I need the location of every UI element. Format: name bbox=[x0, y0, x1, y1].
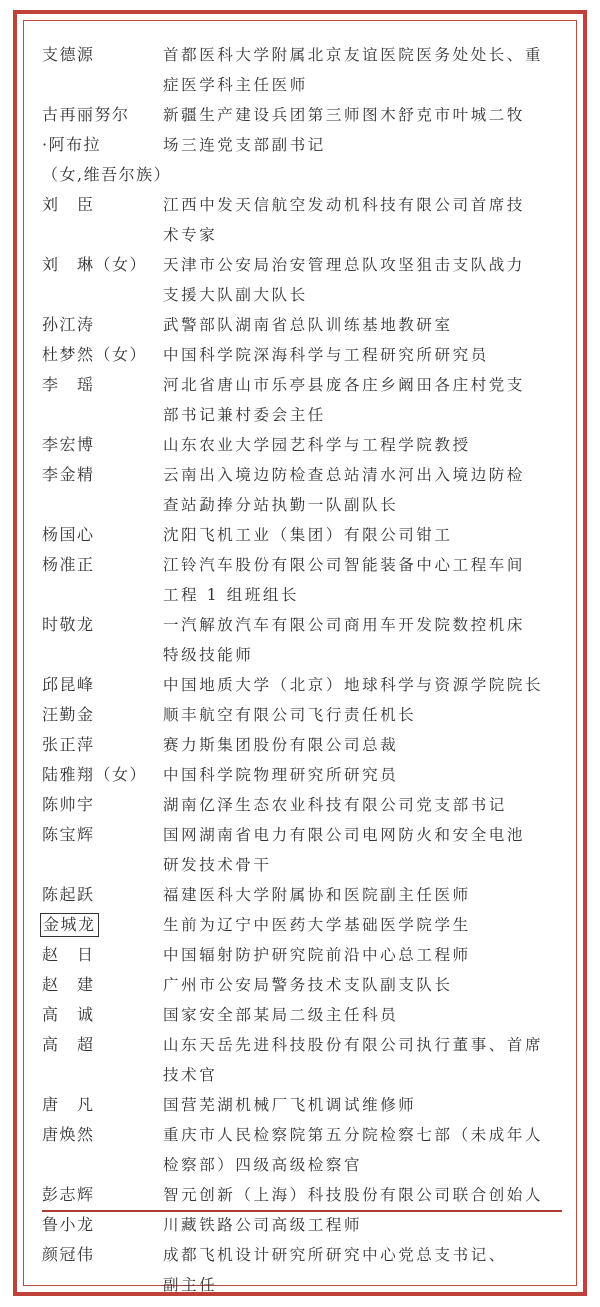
person-name-line: 高 超 bbox=[42, 1030, 163, 1060]
person-name: 刘 琳（女） bbox=[42, 250, 163, 310]
person-name: 鲁小龙 bbox=[42, 1210, 163, 1240]
person-name: 高 诚 bbox=[42, 1000, 163, 1030]
person-title: 生前为辽宁中医药大学基础医学院学生 bbox=[163, 910, 572, 940]
person-title-line: 武警部队湖南省总队训练基地教研室 bbox=[163, 310, 572, 340]
person-title: 广州市公安局警务技术支队副支队长 bbox=[163, 970, 572, 1000]
person-title-line: 山东天岳先进科技股份有限公司执行董事、首席 bbox=[163, 1030, 572, 1060]
person-name-line: 唐 凡 bbox=[42, 1090, 163, 1120]
person-name-line: 张正萍 bbox=[42, 730, 163, 760]
person-title: 中国科学院物理研究所研究员 bbox=[163, 760, 572, 790]
person-name-line: 颜冠伟 bbox=[42, 1240, 163, 1270]
person-name: 唐 凡 bbox=[42, 1090, 163, 1120]
person-title: 重庆市人民检察院第五分院检察七部（未成年人检察部）四级高级检察官 bbox=[163, 1120, 572, 1180]
person-name: 杨国心 bbox=[42, 520, 163, 550]
list-item: 彭志辉智元创新（上海）科技股份有限公司联合创始人 bbox=[42, 1180, 572, 1210]
person-title-line: 重庆市人民检察院第五分院检察七部（未成年人 bbox=[163, 1120, 572, 1150]
person-title: 中国辐射防护研究院前沿中心总工程师 bbox=[163, 940, 572, 970]
person-title-line: 广州市公安局警务技术支队副支队长 bbox=[163, 970, 572, 1000]
person-title-line: 中国科学院物理研究所研究员 bbox=[163, 760, 572, 790]
person-title-line: 河北省唐山市乐亭县庞各庄乡阚田各庄村党支 bbox=[163, 370, 572, 400]
person-name-line: 邱昆峰 bbox=[42, 670, 163, 700]
person-title-line: 国网湖南省电力有限公司电网防火和安全电池 bbox=[163, 820, 572, 850]
person-name-line: 杜梦然（女） bbox=[42, 340, 163, 370]
person-title-line: 技术官 bbox=[163, 1060, 572, 1090]
list-item: 杨准正江铃汽车股份有限公司智能装备中心工程车间工程 1 组班组长 bbox=[42, 550, 572, 610]
person-title: 武警部队湖南省总队训练基地教研室 bbox=[163, 310, 572, 340]
person-title-line: 工程 1 组班组长 bbox=[163, 580, 572, 610]
list-item: 鲁小龙川藏铁路公司高级工程师 bbox=[42, 1210, 572, 1240]
person-name: 邱昆峰 bbox=[42, 670, 163, 700]
person-title: 国营芜湖机械厂飞机调试维修师 bbox=[163, 1090, 572, 1120]
person-name: 刘 臣 bbox=[42, 190, 163, 250]
person-name-line: 唐焕然 bbox=[42, 1120, 163, 1150]
list-item: 支德源首都医科大学附属北京友谊医院医务处处长、重症医学科主任医师 bbox=[42, 40, 572, 100]
person-name: 赵 建 bbox=[42, 970, 163, 1000]
person-title: 川藏铁路公司高级工程师 bbox=[163, 1210, 572, 1240]
person-name: 陈帅宇 bbox=[42, 790, 163, 820]
person-title-line: 症医学科主任医师 bbox=[163, 70, 572, 100]
person-name: 李金精 bbox=[42, 460, 163, 520]
person-name-line: 支德源 bbox=[42, 40, 163, 70]
list-item: 高 超山东天岳先进科技股份有限公司执行董事、首席技术官 bbox=[42, 1030, 572, 1090]
person-title: 智元创新（上海）科技股份有限公司联合创始人 bbox=[163, 1180, 572, 1210]
person-name: 金城龙 bbox=[42, 910, 163, 940]
person-name-line: 孙江涛 bbox=[42, 310, 163, 340]
person-name: 唐焕然 bbox=[42, 1120, 163, 1180]
person-title-line: 查站勐捧分站执勤一队副队长 bbox=[163, 490, 572, 520]
person-name-line: 刘 臣 bbox=[42, 190, 163, 220]
person-title-line: 生前为辽宁中医药大学基础医学院学生 bbox=[163, 910, 572, 940]
person-title: 云南出入境边防检查总站清水河出入境边防检查站勐捧分站执勤一队副队长 bbox=[163, 460, 572, 520]
person-name: 陈起跃 bbox=[42, 880, 163, 910]
person-title-line: 首都医科大学附属北京友谊医院医务处处长、重 bbox=[163, 40, 572, 70]
person-title-line: 国营芜湖机械厂飞机调试维修师 bbox=[163, 1090, 572, 1120]
person-name-line: 李宏博 bbox=[42, 430, 163, 460]
list-item: 李宏博山东农业大学园艺科学与工程学院教授 bbox=[42, 430, 572, 460]
person-title: 湖南亿泽生态农业科技有限公司党支部书记 bbox=[163, 790, 572, 820]
list-item: 刘 臣江西中发天信航空发动机科技有限公司首席技术专家 bbox=[42, 190, 572, 250]
person-title-line: 顺丰航空有限公司飞行责任机长 bbox=[163, 700, 572, 730]
person-title-line: 场三连党支部副书记 bbox=[163, 130, 572, 160]
person-name: 支德源 bbox=[42, 40, 163, 100]
person-name-line: 彭志辉 bbox=[42, 1180, 163, 1210]
boxed-name: 金城龙 bbox=[40, 913, 99, 937]
person-title-line: 术专家 bbox=[163, 220, 572, 250]
person-title-line: 天津市公安局治安管理总队攻坚狙击支队战力 bbox=[163, 250, 572, 280]
list-item: 杨国心沈阳飞机工业（集团）有限公司钳工 bbox=[42, 520, 572, 550]
list-item: 陈宝辉国网湖南省电力有限公司电网防火和安全电池研发技术骨干 bbox=[42, 820, 572, 880]
person-name-line: （女,维吾尔族） bbox=[42, 160, 163, 190]
person-name-line: 陈起跃 bbox=[42, 880, 163, 910]
person-title: 国家安全部某局二级主任科员 bbox=[163, 1000, 572, 1030]
list-item: 邱昆峰中国地质大学（北京）地球科学与资源学院院长 bbox=[42, 670, 572, 700]
person-title: 中国地质大学（北京）地球科学与资源学院院长 bbox=[163, 670, 572, 700]
person-title: 一汽解放汽车有限公司商用车开发院数控机床特级技能师 bbox=[163, 610, 572, 670]
person-title: 河北省唐山市乐亭县庞各庄乡阚田各庄村党支部书记兼村委会主任 bbox=[163, 370, 572, 430]
person-title: 顺丰航空有限公司飞行责任机长 bbox=[163, 700, 572, 730]
person-name-line: 鲁小龙 bbox=[42, 1210, 163, 1240]
person-title: 山东农业大学园艺科学与工程学院教授 bbox=[163, 430, 572, 460]
person-name: 张正萍 bbox=[42, 730, 163, 760]
person-name: 杜梦然（女） bbox=[42, 340, 163, 370]
person-title-line: 检察部）四级高级检察官 bbox=[163, 1150, 572, 1180]
person-title-line: 特级技能师 bbox=[163, 640, 572, 670]
person-name-line: 杨准正 bbox=[42, 550, 163, 580]
list-item: 李 瑶河北省唐山市乐亭县庞各庄乡阚田各庄村党支部书记兼村委会主任 bbox=[42, 370, 572, 430]
person-name: 古再丽努尔·阿布拉（女,维吾尔族） bbox=[42, 100, 163, 190]
person-title: 成都飞机设计研究所研究中心党总支书记、副主任 bbox=[163, 1240, 572, 1300]
person-title-line: 湖南亿泽生态农业科技有限公司党支部书记 bbox=[163, 790, 572, 820]
person-title: 江西中发天信航空发动机科技有限公司首席技术专家 bbox=[163, 190, 572, 250]
list-item: 金城龙生前为辽宁中医药大学基础医学院学生 bbox=[42, 910, 572, 940]
person-title-line: 川藏铁路公司高级工程师 bbox=[163, 1210, 572, 1240]
honoree-list: 支德源首都医科大学附属北京友谊医院医务处处长、重症医学科主任医师古再丽努尔·阿布… bbox=[42, 40, 572, 1300]
person-name-line: 陈宝辉 bbox=[42, 820, 163, 850]
person-name-line: 李金精 bbox=[42, 460, 163, 490]
person-title-line: 智元创新（上海）科技股份有限公司联合创始人 bbox=[163, 1180, 572, 1210]
list-item: 刘 琳（女）天津市公安局治安管理总队攻坚狙击支队战力支援大队副大队长 bbox=[42, 250, 572, 310]
person-title-line: 成都飞机设计研究所研究中心党总支书记、 bbox=[163, 1240, 572, 1270]
person-title-line: 赛力斯集团股份有限公司总裁 bbox=[163, 730, 572, 760]
person-name: 高 超 bbox=[42, 1030, 163, 1090]
list-item: 唐 凡国营芜湖机械厂飞机调试维修师 bbox=[42, 1090, 572, 1120]
person-name: 李宏博 bbox=[42, 430, 163, 460]
person-title-line: 江西中发天信航空发动机科技有限公司首席技 bbox=[163, 190, 572, 220]
person-title: 山东天岳先进科技股份有限公司执行董事、首席技术官 bbox=[163, 1030, 572, 1090]
person-name: 时敬龙 bbox=[42, 610, 163, 670]
person-title-line: 支援大队副大队长 bbox=[163, 280, 572, 310]
person-title-line: 沈阳飞机工业（集团）有限公司钳工 bbox=[163, 520, 572, 550]
person-name: 赵 日 bbox=[42, 940, 163, 970]
person-name-line: 古再丽努尔 bbox=[42, 100, 163, 130]
person-name-line: 陆雅翔（女） bbox=[42, 760, 163, 790]
person-name-line: 赵 日 bbox=[42, 940, 163, 970]
person-name: 陈宝辉 bbox=[42, 820, 163, 880]
person-title-line: 国家安全部某局二级主任科员 bbox=[163, 1000, 572, 1030]
person-title-line: 江铃汽车股份有限公司智能装备中心工程车间 bbox=[163, 550, 572, 580]
list-item: 陈帅宇湖南亿泽生态农业科技有限公司党支部书记 bbox=[42, 790, 572, 820]
person-name-line: 杨国心 bbox=[42, 520, 163, 550]
person-title-line: 云南出入境边防检查总站清水河出入境边防检 bbox=[163, 460, 572, 490]
person-name-line: 高 诚 bbox=[42, 1000, 163, 1030]
person-title-line: 新疆生产建设兵团第三师图木舒克市叶城二牧 bbox=[163, 100, 572, 130]
list-item: 汪勤金顺丰航空有限公司飞行责任机长 bbox=[42, 700, 572, 730]
person-name: 汪勤金 bbox=[42, 700, 163, 730]
person-title-line: 部书记兼村委会主任 bbox=[163, 400, 572, 430]
list-item: 李金精云南出入境边防检查总站清水河出入境边防检查站勐捧分站执勤一队副队长 bbox=[42, 460, 572, 520]
list-item: 陈起跃福建医科大学附属协和医院副主任医师 bbox=[42, 880, 572, 910]
list-item: 赵 日中国辐射防护研究院前沿中心总工程师 bbox=[42, 940, 572, 970]
person-title: 新疆生产建设兵团第三师图木舒克市叶城二牧场三连党支部副书记 bbox=[163, 100, 572, 190]
person-title: 天津市公安局治安管理总队攻坚狙击支队战力支援大队副大队长 bbox=[163, 250, 572, 310]
person-name-line: 时敬龙 bbox=[42, 610, 163, 640]
person-name-line: 刘 琳（女） bbox=[42, 250, 163, 280]
list-item: 古再丽努尔·阿布拉（女,维吾尔族）新疆生产建设兵团第三师图木舒克市叶城二牧场三连… bbox=[42, 100, 572, 190]
list-item: 唐焕然重庆市人民检察院第五分院检察七部（未成年人检察部）四级高级检察官 bbox=[42, 1120, 572, 1180]
person-name: 彭志辉 bbox=[42, 1180, 163, 1210]
person-title: 福建医科大学附属协和医院副主任医师 bbox=[163, 880, 572, 910]
person-title: 中国科学院深海科学与工程研究所研究员 bbox=[163, 340, 572, 370]
list-item: 高 诚国家安全部某局二级主任科员 bbox=[42, 1000, 572, 1030]
person-title: 赛力斯集团股份有限公司总裁 bbox=[163, 730, 572, 760]
person-name: 颜冠伟 bbox=[42, 1240, 163, 1300]
list-item: 陆雅翔（女）中国科学院物理研究所研究员 bbox=[42, 760, 572, 790]
list-item: 时敬龙一汽解放汽车有限公司商用车开发院数控机床特级技能师 bbox=[42, 610, 572, 670]
list-item: 张正萍赛力斯集团股份有限公司总裁 bbox=[42, 730, 572, 760]
list-item: 孙江涛武警部队湖南省总队训练基地教研室 bbox=[42, 310, 572, 340]
person-name-line: 陈帅宇 bbox=[42, 790, 163, 820]
person-title: 江铃汽车股份有限公司智能装备中心工程车间工程 1 组班组长 bbox=[163, 550, 572, 610]
person-name: 李 瑶 bbox=[42, 370, 163, 430]
person-name: 陆雅翔（女） bbox=[42, 760, 163, 790]
person-title-line: 中国辐射防护研究院前沿中心总工程师 bbox=[163, 940, 572, 970]
list-item: 赵 建广州市公安局警务技术支队副支队长 bbox=[42, 970, 572, 1000]
person-name: 孙江涛 bbox=[42, 310, 163, 340]
person-title-line: 中国科学院深海科学与工程研究所研究员 bbox=[163, 340, 572, 370]
person-title-line: 中国地质大学（北京）地球科学与资源学院院长 bbox=[163, 670, 572, 700]
person-title: 国网湖南省电力有限公司电网防火和安全电池研发技术骨干 bbox=[163, 820, 572, 880]
person-name-line: ·阿布拉 bbox=[42, 130, 163, 160]
person-title: 首都医科大学附属北京友谊医院医务处处长、重症医学科主任医师 bbox=[163, 40, 572, 100]
person-name-line: 赵 建 bbox=[42, 970, 163, 1000]
person-title-line: 福建医科大学附属协和医院副主任医师 bbox=[163, 880, 572, 910]
person-name-line: 金城龙 bbox=[42, 910, 163, 940]
person-title-line: 一汽解放汽车有限公司商用车开发院数控机床 bbox=[163, 610, 572, 640]
list-item: 颜冠伟成都飞机设计研究所研究中心党总支书记、副主任 bbox=[42, 1240, 572, 1300]
person-name-line: 汪勤金 bbox=[42, 700, 163, 730]
person-title-line: 副主任 bbox=[163, 1270, 572, 1300]
person-title-line: 山东农业大学园艺科学与工程学院教授 bbox=[163, 430, 572, 460]
person-name-line: 李 瑶 bbox=[42, 370, 163, 400]
person-title-line: 研发技术骨干 bbox=[163, 850, 572, 880]
person-title: 沈阳飞机工业（集团）有限公司钳工 bbox=[163, 520, 572, 550]
person-name: 杨准正 bbox=[42, 550, 163, 610]
list-item: 杜梦然（女）中国科学院深海科学与工程研究所研究员 bbox=[42, 340, 572, 370]
